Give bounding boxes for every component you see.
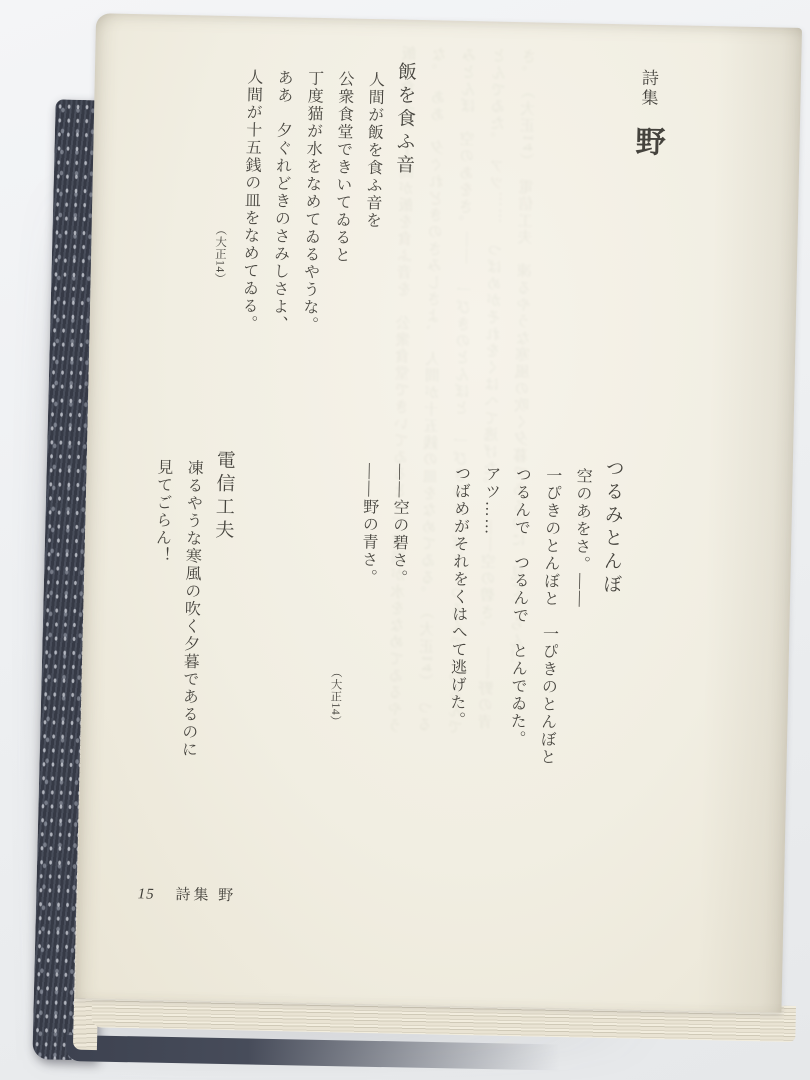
book-photo: 飯を食ふ音 人間が飯を食ふ音を 公衆食堂できいてゐると 丁度猫が水をなめてゐるや… [0,0,810,1080]
poem-line: 丁度猫が水をなめてゐるやうな。 [292,59,329,370]
header-series-label: 詩集 [638,69,658,109]
poem-lines: 凍るやうな寒風の吹く夕暮であるのに見てごらん！ [141,448,209,779]
poem-line: 人間が飯を食ふ音を [353,61,390,372]
poem-lines: 空のあをさ。――一ぴきのとんぼと 一ぴきのとんぼとつるんで つるんで とんでゐた… [348,453,598,778]
page-footer: 15 詩集 野 [138,882,237,905]
header-volume-title: 野 [630,125,664,159]
page-number: 15 [138,886,155,902]
poem-lines: 人間が飯を食ふ音を公衆食堂できいてゐると丁度猫が水をなめてゐるやうな。ああ 夕ぐ… [231,58,389,371]
printed-text-layer: 詩集 野 飯を食ふ音 人間が飯を食ふ音を公衆食堂できいてゐると丁度猫が水をなめて… [76,13,802,1013]
poems-container: 飯を食ふ音 人間が飯を食ふ音を公衆食堂できいてゐると丁度猫が水をなめてゐるやうな… [96,13,802,28]
book-page: 飯を食ふ音 人間が飯を食ふ音を 公衆食堂できいてゐると 丁度猫が水をなめてゐるや… [76,13,802,1013]
poem: つるみとんぼ 空のあをさ。――一ぴきのとんぼと 一ぴきのとんぼとつるんで つるん… [318,452,628,778]
poem-line: 公衆食堂できいてゐると [323,60,360,371]
poem: 電信工夫 凍るやうな寒風の吹く夕暮であるのに見てごらん！ [141,448,239,780]
running-title: 詩集 野 [175,887,236,904]
page-header: 詩集 野 [625,68,669,159]
poem: 飯を食ふ音 人間が飯を食ふ音を公衆食堂できいてゐると丁度猫が水をなめてゐるやうな… [202,58,421,372]
